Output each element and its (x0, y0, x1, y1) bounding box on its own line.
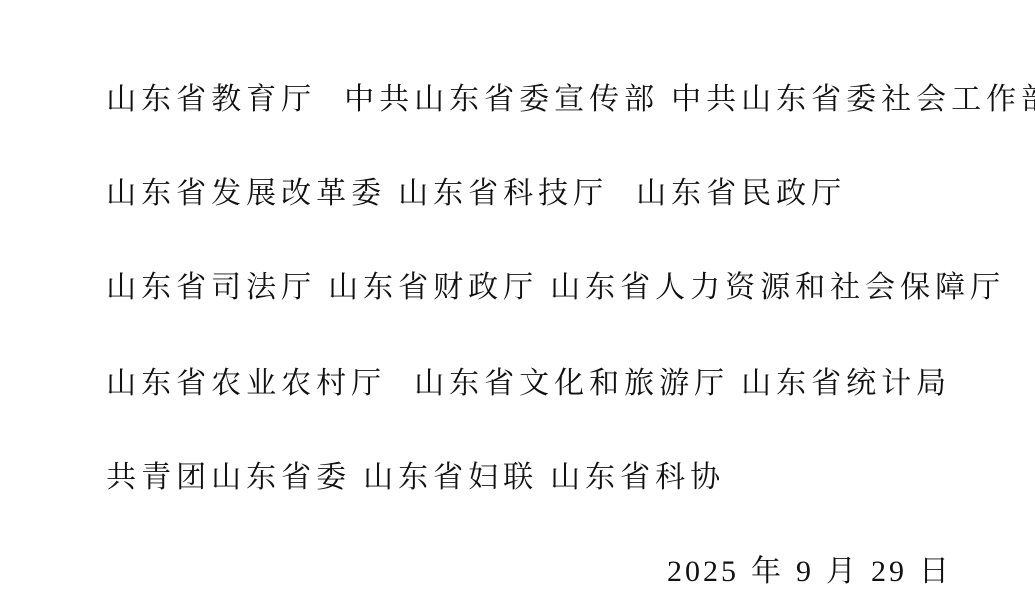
date-day-unit: 日 (919, 552, 952, 592)
signatory-org: 共青团山东省委 (106, 458, 351, 498)
date-day: 29 (871, 552, 907, 592)
signatory-org: 山东省人力资源和社会保障厅 (550, 268, 1005, 308)
signatory-org: 山东省妇联 (363, 458, 538, 498)
signatory-org: 山东省统计局 (741, 364, 951, 404)
signatory-org: 山东省发展改革委 (106, 174, 386, 214)
signatory-org: 中共山东省委宣传部 (344, 80, 659, 120)
signatory-org: 山东省民政厅 (636, 174, 846, 214)
signatory-org: 山东省文化和旅游厅 (414, 364, 729, 404)
date-month-unit: 月 (826, 552, 859, 592)
date-year: 2025 (667, 552, 739, 592)
signatory-org: 山东省农业农村厅 (106, 364, 386, 404)
signatory-org: 山东省科技厅 (398, 174, 608, 214)
signatory-row-5: 共青团山东省委山东省妇联山东省科协 (48, 418, 725, 538)
signatory-org: 中共山东省委社会工作部 (671, 80, 1035, 120)
signatory-org: 山东省司法厅 (106, 268, 316, 308)
signatory-org: 山东省科协 (550, 458, 725, 498)
date-month: 9 (796, 552, 814, 592)
document-date: 2025年9月29日 (646, 512, 952, 592)
date-year-unit: 年 (751, 552, 784, 592)
signatory-org: 山东省教育厅 (106, 80, 316, 120)
signatory-org: 山东省财政厅 (328, 268, 538, 308)
